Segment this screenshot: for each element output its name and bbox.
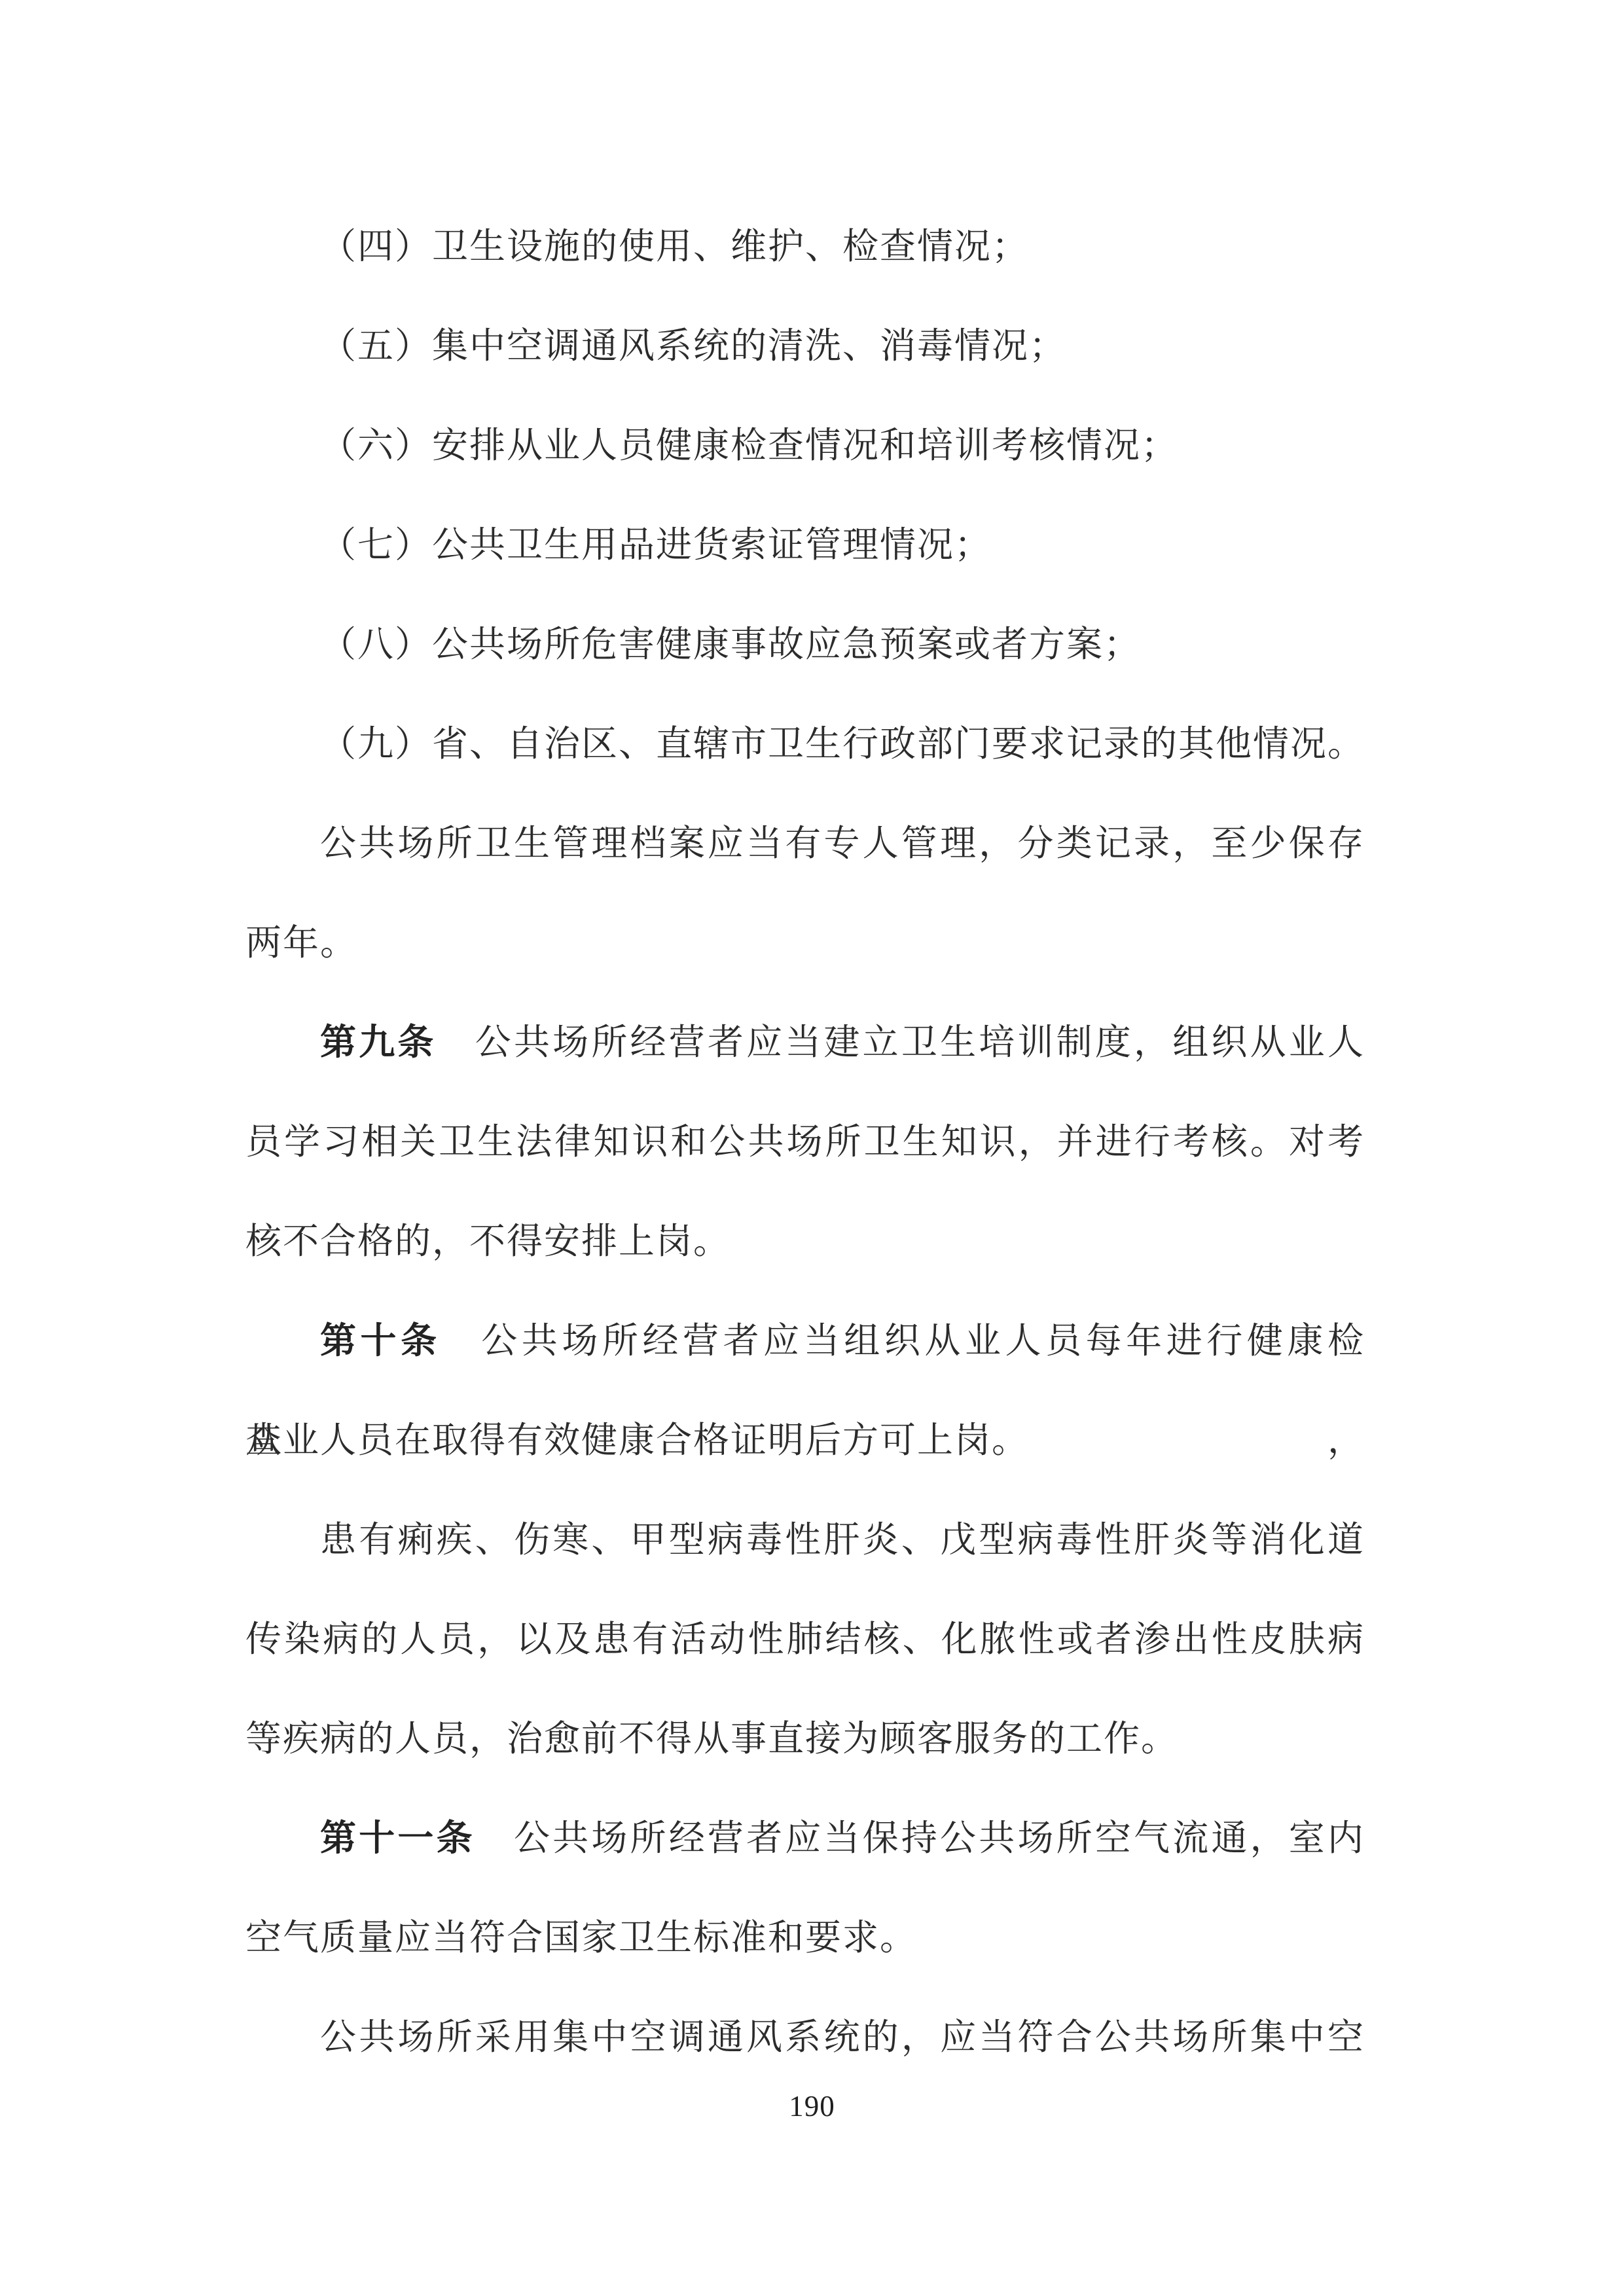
text-line: 空气质量应当符合国家卫生标准和要求。 bbox=[245, 1888, 1365, 1988]
line-text: 空气质量应当符合国家卫生标准和要求。 bbox=[245, 1918, 917, 1958]
line-text: 核不合格的，不得安排上岗。 bbox=[245, 1221, 731, 1261]
line-text: 从业人员在取得有效健康合格证明后方可上岗。 bbox=[245, 1420, 1029, 1460]
text-line: （四）卫生设施的使用、维护、检查情况； bbox=[245, 197, 1365, 296]
line-text: 公共场所卫生管理档案应当有专人管理，分类记录，至少保存 bbox=[320, 823, 1365, 863]
line-text: 等疾病的人员，治愈前不得从事直接为顾客服务的工作。 bbox=[245, 1719, 1178, 1759]
line-text: （七）公共卫生用品进货索证管理情况； bbox=[320, 525, 992, 565]
line-text: （五）集中空调通风系统的清洗、消毒情况； bbox=[320, 326, 1066, 366]
text-line: 员学习相关卫生法律知识和公共场所卫生知识，并进行考核。对考 bbox=[245, 1092, 1365, 1192]
text-line: 第十条 公共场所经营者应当组织从业人员每年进行健康检查， bbox=[245, 1291, 1365, 1391]
line-text: （九）省、自治区、直辖市卫生行政部门要求记录的其他情况。 bbox=[320, 724, 1365, 764]
text-line: 公共场所采用集中空调通风系统的，应当符合公共场所集中空 bbox=[245, 1988, 1365, 2087]
text-line: 公共场所卫生管理档案应当有专人管理，分类记录，至少保存 bbox=[245, 794, 1365, 893]
page-number: 190 bbox=[0, 2085, 1624, 2127]
text-line: 核不合格的，不得安排上岗。 bbox=[245, 1192, 1365, 1291]
line-text: 两年。 bbox=[245, 923, 357, 963]
document-text-block: （四）卫生设施的使用、维护、检查情况； （五）集中空调通风系统的清洗、消毒情况；… bbox=[245, 197, 1365, 2087]
text-line: 患有痢疾、伤寒、甲型病毒性肝炎、戊型病毒性肝炎等消化道 bbox=[245, 1490, 1365, 1590]
line-text: 员学习相关卫生法律知识和公共场所卫生知识，并进行考核。对考 bbox=[245, 1122, 1365, 1162]
text-line: 第九条 公共场所经营者应当建立卫生培训制度，组织从业人 bbox=[245, 993, 1365, 1092]
line-text: 公共场所经营者应当保持公共场所空气流通，室内 bbox=[475, 1818, 1365, 1858]
line-text: 传染病的人员，以及患有活动性肺结核、化脓性或者渗出性皮肤病 bbox=[245, 1619, 1365, 1659]
article-number-bold: 第九条 bbox=[320, 1022, 437, 1062]
line-text: 患有痢疾、伤寒、甲型病毒性肝炎、戊型病毒性肝炎等消化道 bbox=[320, 1520, 1365, 1560]
line-text: （四）卫生设施的使用、维护、检查情况； bbox=[320, 226, 1029, 266]
line-text: （六）安排从业人员健康检查情况和培训考核情况； bbox=[320, 425, 1178, 465]
text-line: 第十一条 公共场所经营者应当保持公共场所空气流通，室内 bbox=[245, 1789, 1365, 1888]
article-number-bold: 第十条 bbox=[320, 1321, 441, 1361]
article-number-bold: 第十一条 bbox=[320, 1818, 475, 1858]
text-line: （八）公共场所危害健康事故应急预案或者方案； bbox=[245, 595, 1365, 694]
text-line: （六）安排从业人员健康检查情况和培训考核情况； bbox=[245, 396, 1365, 495]
line-text: （八）公共场所危害健康事故应急预案或者方案； bbox=[320, 624, 1141, 664]
text-line: 等疾病的人员，治愈前不得从事直接为顾客服务的工作。 bbox=[245, 1689, 1365, 1789]
text-line: 传染病的人员，以及患有活动性肺结核、化脓性或者渗出性皮肤病 bbox=[245, 1590, 1365, 1689]
text-line: （七）公共卫生用品进货索证管理情况； bbox=[245, 495, 1365, 595]
line-text: 公共场所经营者应当建立卫生培训制度，组织从业人 bbox=[437, 1022, 1365, 1062]
document-page: （四）卫生设施的使用、维护、检查情况； （五）集中空调通风系统的清洗、消毒情况；… bbox=[0, 0, 1624, 2296]
text-line: （九）省、自治区、直辖市卫生行政部门要求记录的其他情况。 bbox=[245, 694, 1365, 794]
text-line: （五）集中空调通风系统的清洗、消毒情况； bbox=[245, 296, 1365, 396]
line-text: 公共场所采用集中空调通风系统的，应当符合公共场所集中空 bbox=[320, 2017, 1365, 2057]
text-line: 两年。 bbox=[245, 893, 1365, 993]
